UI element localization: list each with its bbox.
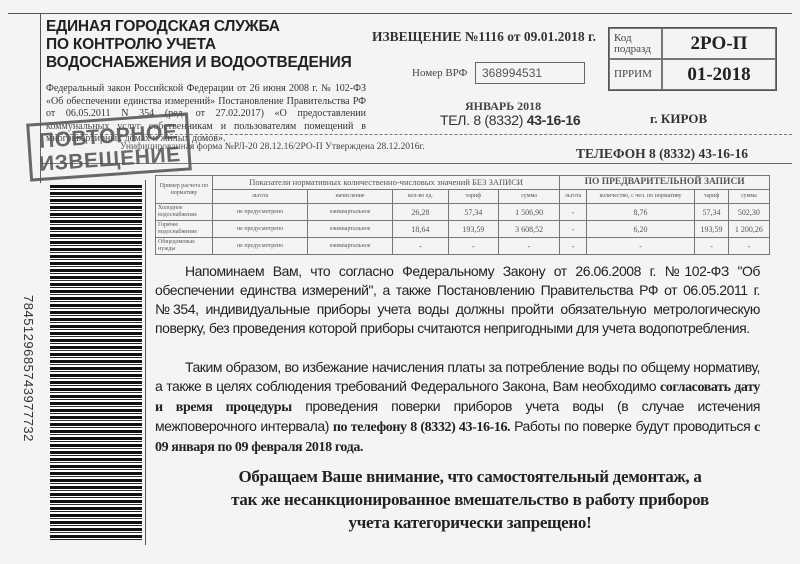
phone-label: ТЕЛ. 8 (8332) [440,112,523,128]
table-cell: 193,59 [448,221,498,238]
barcode-icon [50,185,142,540]
table-cell: - [560,238,587,255]
column-header: сумма [728,190,769,204]
row-label: Холодное водоснабжение [156,204,213,221]
table-cell: не предусмотрено [213,221,308,238]
notice-title: ИЗВЕЩЕНИЕ №1116 от 09.01.2018 г. [372,29,596,45]
table-cell: ежеквартальное [308,204,393,221]
barcode-number: 7845129685743977732 [16,295,36,475]
column-header: количество, с чел. по нормативу [586,190,694,204]
warning-line: Обращаем Ваше внимание, что самостоятель… [150,465,790,488]
table-cell: 502,30 [728,204,769,221]
vrf-number-field: 368994531 [475,62,585,84]
notice-document: ЕДИНАЯ ГОРОДСКАЯ СЛУЖБА ПО КОНТРОЛЮ УЧЕТ… [0,0,800,564]
group-header-with-appointment: ПО ПРЕДВАРИТЕЛЬНОЙ ЗАПИСИ [560,176,770,190]
table-row: Горячее водоснабжениене предусмотреноеже… [156,221,770,238]
table-cell: - [728,238,769,255]
table-cell: 6,20 [586,221,694,238]
reminder-paragraph: Напоминаем Вам, что согласно Федеральном… [155,262,760,338]
column-header: тариф [448,190,498,204]
tariff-table: Пример расчета по нормативу Показатели н… [155,175,770,255]
row-label: Горячее водоснабжение [156,221,213,238]
column-header: кол-во ед. [393,190,449,204]
phone-line: ТЕЛ. 8 (8332) 43-16-16 [440,112,580,128]
repeat-notice-stamp: ПОВТОРНОЕ ИЗВЕЩЕНИЕ [26,112,192,181]
prim-value: 01-2018 [662,59,776,90]
table-cell: - [448,238,498,255]
warning-notice: Обращаем Ваше внимание, что самостоятель… [150,465,790,534]
phone-emphasis: по телефону 8 (8332) 43-16-16. [333,420,510,435]
table-cell: 26,28 [393,204,449,221]
table-cell: - [393,238,449,255]
table-cell: 3 608,52 [498,221,559,238]
column-header: льгота [560,190,587,204]
dept-code-value: 2РО-П [662,28,776,59]
dept-code-label: Код подразд [609,28,662,59]
barcode-rule [145,180,146,545]
organization-title: ЕДИНАЯ ГОРОДСКАЯ СЛУЖБА ПО КОНТРОЛЮ УЧЕТ… [46,18,366,72]
table-cell: - [695,238,729,255]
table-cell: - [560,221,587,238]
table-row: Холодное водоснабжениене предусмотреноеж… [156,204,770,221]
table-cell: 1 506,90 [498,204,559,221]
table-cell: не предусмотрено [213,238,308,255]
table-cell: - [498,238,559,255]
prim-label: ПРРИМ [609,59,662,90]
instruction-paragraph: Таким образом, во избежание начисления п… [155,358,760,457]
table-cell: 8,76 [586,204,694,221]
top-rule [8,13,792,14]
table-cell: не предусмотрено [213,204,308,221]
table-column-header-row: льготаначислениекол-во ед.тарифсуммальго… [156,190,770,204]
phone-number: 43-16-16 [527,112,581,128]
org-title-line: ПО КОНТРОЛЮ УЧЕТА [46,36,366,54]
table-cell: 57,34 [695,204,729,221]
row-label: Общедомовые нужды [156,238,213,255]
corner-header: Пример расчета по нормативу [156,176,213,204]
table-cell: 18,64 [393,221,449,238]
code-table: Код подразд 2РО-П ПРРИМ 01-2018 [608,27,777,91]
table-cell: 193,59 [695,221,729,238]
warning-line: так же несанкционированное вмешательство… [150,488,790,511]
city: г. КИРОВ [650,111,707,127]
table-cell: 57,34 [448,204,498,221]
column-header: начисление [308,190,393,204]
table-cell: - [560,204,587,221]
table-row: Общедомовые нуждыне предусмотреноежеквар… [156,238,770,255]
table-group-header-row: Пример расчета по нормативу Показатели н… [156,176,770,190]
column-header: сумма [498,190,559,204]
group-header-without-appointment: Показатели нормативных количественно-чис… [213,176,560,190]
table-cell: - [586,238,694,255]
column-header: тариф [695,190,729,204]
vrf-label: Номер ВРФ [412,67,467,79]
org-title-line: ВОДОСНАБЖЕНИЯ И ВОДООТВЕДЕНИЯ [46,54,366,72]
warning-line: учета категорически запрещено! [150,511,790,534]
table-cell: 1 200,26 [728,221,769,238]
phone-header: ТЕЛЕФОН 8 (8332) 43-16-16 [576,146,748,162]
table-cell: ежеквартальное [308,221,393,238]
text: Работы по поверке будут проводиться [510,418,754,434]
org-title-line: ЕДИНАЯ ГОРОДСКАЯ СЛУЖБА [46,18,366,36]
table-cell: ежеквартальное [308,238,393,255]
column-header: льгота [213,190,308,204]
